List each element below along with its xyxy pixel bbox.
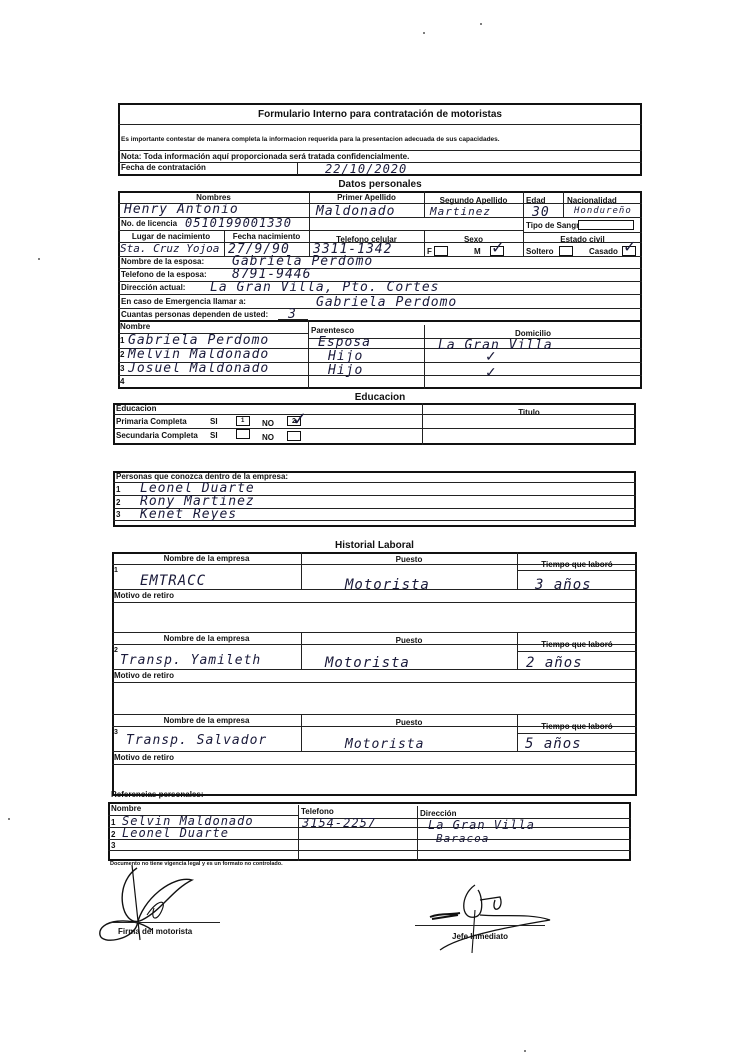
scan-speck [423,32,425,34]
boss-signature-line [415,925,545,926]
dependents-header-domicilio: Domicilio [424,330,642,338]
label-address: Dirección actual: [121,284,185,292]
nombres-field[interactable]: Henry Antonio [124,203,239,216]
section-title-work-history: Historial Laboral [113,540,636,551]
references-header-telefono: Telefono [301,808,334,816]
dependents-header-nombre: Nombre [120,323,150,331]
label-casado: Casado [589,248,618,256]
work-header-tiempo: Tiempo que laboró [517,723,637,731]
dependent-domicilio-field[interactable]: ✓ [485,349,497,363]
acquaintance-name-field[interactable]: Kenet Reyes [140,508,237,521]
work-tiempo-field[interactable]: 2 años [526,656,583,670]
dependent-parentesco-field[interactable]: Hijo [328,364,363,377]
form-intro: Es importante contestar de manera comple… [121,137,500,144]
label-sexo-m: M [474,248,481,256]
work-empresa-field[interactable]: EMTRACC [140,574,206,588]
sexo-m-check-mark: ✓ [491,241,504,257]
dependent-name-field[interactable]: Melvin Maldonado [128,348,269,361]
work-header-puesto: Puesto [301,556,517,564]
label-spouse-phone: Telefono de la esposa: [121,271,207,279]
work-header-puesto: Puesto [301,719,517,727]
label-licencia: No. de licencia [121,220,177,228]
soltero-checkbox[interactable] [559,246,573,256]
label-dependents: Cuantas personas dependen de usted: [121,311,268,319]
education-titulo-header: Titulo [422,409,636,417]
edad-field[interactable]: 30 [532,206,550,219]
hire-date-label: Fecha de contratación [121,164,206,172]
work-header-empresa: Nombre de la empresa [112,717,301,725]
scan-speck [38,258,40,260]
label-tipo-sangre: Tipo de Sangre [526,222,584,230]
label-nacionalidad: Nacionalidad [567,197,617,205]
label-sexo-f: F [427,248,432,256]
secundaria-no-checkbox[interactable] [287,431,301,441]
dependent-domicilio-field[interactable]: ✓ [485,365,497,379]
tipo-sangre-field[interactable] [578,220,634,230]
secundaria-si-checkbox[interactable] [236,429,250,439]
label-sexo: Sexo [424,236,523,244]
dependents-header-parentesco: Parentesco [311,327,354,335]
scan-speck [480,23,482,25]
address-field[interactable]: La Gran Villa, Pto. Cortes [210,281,440,294]
work-header-empresa: Nombre de la empresa [112,635,301,643]
label-segundo-apellido: Segundo Apellido [424,197,523,205]
scan-speck [524,1050,526,1052]
work-motivo-label: Motivo de retiro [114,592,174,600]
reference-phone-field[interactable]: 3154-2257 [302,817,376,829]
dependent-parentesco-field[interactable]: Esposa [318,336,371,349]
work-tiempo-field[interactable]: 5 años [525,737,582,751]
work-puesto-field[interactable]: Motorista [325,656,410,670]
work-header-puesto: Puesto [301,637,517,645]
reference-address-field[interactable]: Baracoa [436,833,489,844]
work-header-empresa: Nombre de la empresa [112,555,301,563]
work-header-tiempo: Tiempo que laboró [517,561,637,569]
education-header: Educacion [116,405,156,413]
nacionalidad-field[interactable]: Hondureño [574,207,632,216]
form-title: Formulario Interno para contratación de … [118,110,642,120]
form-note: Nota: Toda información aquí proporcionad… [121,153,409,161]
emergency-field[interactable]: Gabriela Perdomo [316,296,457,309]
work-tiempo-field[interactable]: 3 años [535,578,592,592]
label-emergency: En caso de Emergencia llamar a: [121,298,246,306]
references-header-nombre: Nombre [111,805,141,813]
work-empresa-field[interactable]: Transp. Salvador [126,734,267,747]
label-fecha-nacimiento: Fecha nacimiento [224,233,309,241]
reference-name-field[interactable]: Leonel Duarte [122,827,229,839]
label-primer-apellido: Primer Apellido [309,194,424,202]
dependent-name-field[interactable]: Josuel Maldonado [128,362,269,375]
driver-signature-line [110,922,220,923]
label-nombres: Nombres [118,194,309,202]
scan-speck [8,818,10,820]
boss-signature-label: Jefe Inmediato [452,933,508,941]
acquaintances-header: Personas que conozca dentro de la empres… [116,473,288,481]
dependent-name-field[interactable]: Gabriela Perdomo [128,334,269,347]
licencia-field[interactable]: 0510199001330 [185,217,292,229]
references-header: Referencias personales: [111,791,204,799]
casado-check-mark: ✓ [623,240,636,256]
driver-signature-label: Firma del motorista [118,928,192,936]
section-title-personal: Datos personales [118,179,642,190]
section-title-education: Educacion [118,392,642,403]
driver-signature[interactable] [92,860,232,950]
work-puesto-field[interactable]: Motorista [345,578,430,592]
label-edad: Edad [526,197,546,205]
reference-address-field[interactable]: La Gran Villa [428,819,535,831]
lugar-nacimiento-field[interactable]: Sta. Cruz Yojoa [120,243,219,254]
segundo-apellido-field[interactable]: Martinez [430,206,491,217]
primer-apellido-field[interactable]: Maldonado [316,205,395,218]
label-soltero: Soltero [526,248,554,256]
boss-signature[interactable] [420,875,560,955]
label-spouse-name: Nombre de la esposa: [121,258,204,266]
label-lugar-nacimiento: Lugar de nacimiento [118,233,224,241]
work-empresa-field[interactable]: Transp. Yamileth [120,654,261,667]
work-motivo-label: Motivo de retiro [114,754,174,762]
work-header-tiempo: Tiempo que laboró [517,641,637,649]
dependent-parentesco-field[interactable]: Hijo [328,350,363,363]
references-header-direccion: Dirección [420,810,456,818]
work-motivo-label: Motivo de retiro [114,672,174,680]
primaria-check-mark: ✓ [292,410,307,428]
hire-date-field[interactable]: 22/10/2020 [325,163,407,175]
sexo-f-checkbox[interactable] [434,246,448,256]
work-puesto-field[interactable]: Motorista [345,738,424,751]
